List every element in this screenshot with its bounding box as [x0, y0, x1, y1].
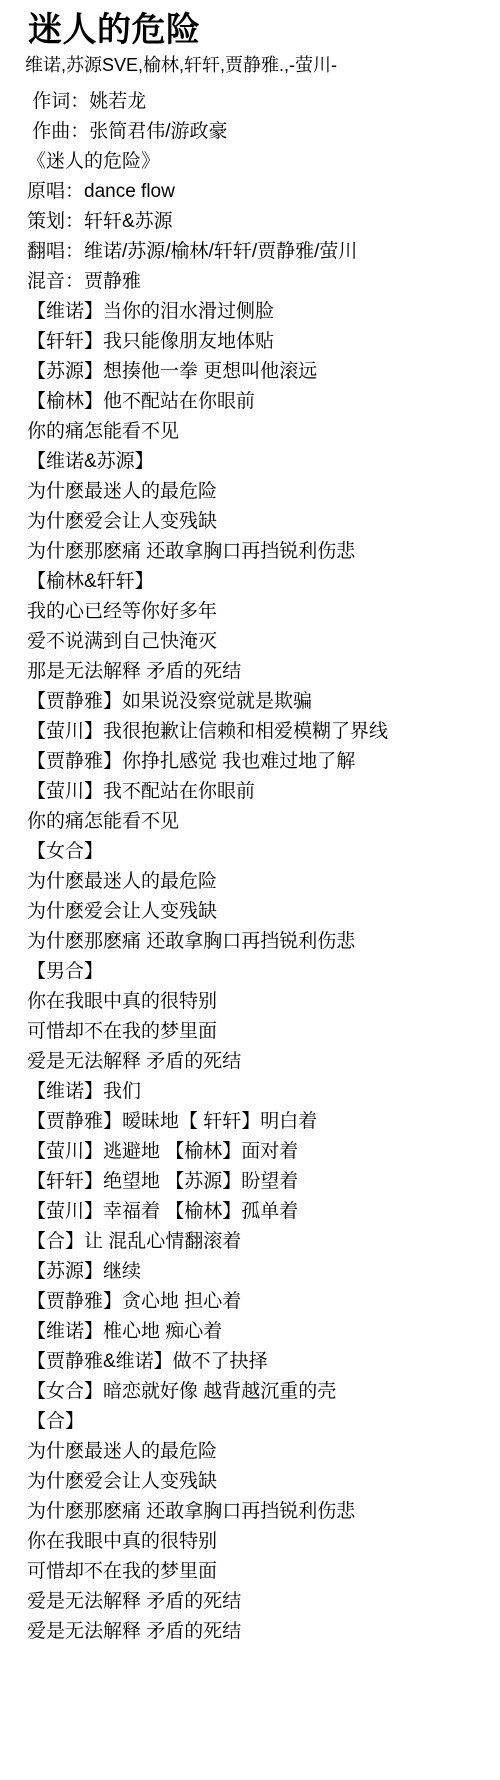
lyric-line: 翻唱：维诺/苏源/榆林/轩轩/贾静雅/萤川 — [27, 237, 488, 267]
lyric-line: 为什麽爱会让人变残缺 — [27, 1467, 488, 1497]
lyric-line: 【榆林&轩轩】 — [27, 567, 488, 597]
lyric-line: 《迷人的危险》 — [27, 147, 488, 177]
lyric-line: 为什麽爱会让人变残缺 — [27, 897, 488, 927]
lyric-line: 那是无法解释 矛盾的死结 — [27, 657, 488, 687]
lyric-line: 为什麽最迷人的最危险 — [27, 477, 488, 507]
lyric-line: 为什麽那麽痛 还敢拿胸口再挡锐利伤悲 — [27, 537, 488, 567]
lyric-line: 【萤川】逃避地 【榆林】面对着 — [27, 1137, 488, 1167]
lyrics-body: 作词：姚若龙 作曲：张简君伟/游政豪《迷人的危险》原唱：dance flow策划… — [27, 87, 488, 1647]
lyric-line: 作曲：张简君伟/游政豪 — [27, 117, 488, 147]
lyric-line: 爱是无法解释 矛盾的死结 — [27, 1587, 488, 1617]
lyric-line: 为什麽爱会让人变残缺 — [27, 507, 488, 537]
lyrics-page: 迷人的危险 维诺,苏源SVE,榆林,轩轩,贾静雅.,-萤川- 作词：姚若龙 作曲… — [0, 0, 500, 1780]
lyric-line: 爱是无法解释 矛盾的死结 — [27, 1617, 488, 1647]
lyric-line: 【贾静雅&维诺】做不了抉择 — [27, 1347, 488, 1377]
song-title: 迷人的危险 — [28, 8, 488, 52]
lyric-line: 我的心已经等你好多年 — [27, 597, 488, 627]
lyric-line: 策划：轩轩&苏源 — [27, 207, 488, 237]
lyric-line: 爱不说满到自己快淹灭 — [27, 627, 488, 657]
lyric-line: 【男合】 — [27, 957, 488, 987]
lyric-line: 你的痛怎能看不见 — [27, 807, 488, 837]
lyric-line: 你在我眼中真的很特别 — [27, 987, 488, 1017]
lyric-line: 【女合】 — [27, 837, 488, 867]
lyric-line: 【贾静雅】暧昧地【 轩轩】明白着 — [27, 1107, 488, 1137]
lyric-line: 【萤川】我不配站在你眼前 — [27, 777, 488, 807]
lyric-line: 为什麽最迷人的最危险 — [27, 867, 488, 897]
lyric-line: 【合】 — [27, 1407, 488, 1437]
lyric-line: 【维诺&苏源】 — [27, 447, 488, 477]
lyric-line: 【萤川】我很抱歉让信赖和相爱模糊了界线 — [27, 717, 488, 747]
lyric-line: 【合】让 混乱心情翻滚着 — [27, 1227, 488, 1257]
lyric-line: 【维诺】椎心地 痴心着 — [27, 1317, 488, 1347]
lyric-line: 原唱：dance flow — [27, 177, 488, 207]
lyric-line: 为什麽那麽痛 还敢拿胸口再挡锐利伤悲 — [27, 1497, 488, 1527]
lyric-line: 为什麽那麽痛 还敢拿胸口再挡锐利伤悲 — [27, 927, 488, 957]
lyric-line: 【贾静雅】你挣扎感觉 我也难过地了解 — [27, 747, 488, 777]
lyric-line: 【贾静雅】贪心地 担心着 — [27, 1287, 488, 1317]
lyric-line: 【轩轩】我只能像朋友地体贴 — [27, 327, 488, 357]
artists-line: 维诺,苏源SVE,榆林,轩轩,贾静雅.,-萤川- — [25, 52, 488, 78]
lyric-line: 你的痛怎能看不见 — [27, 417, 488, 447]
lyric-line: 【贾静雅】如果说没察觉就是欺骗 — [27, 687, 488, 717]
lyric-line: 爱是无法解释 矛盾的死结 — [27, 1047, 488, 1077]
lyric-line: 可惜却不在我的梦里面 — [27, 1017, 488, 1047]
lyric-line: 你在我眼中真的很特别 — [27, 1527, 488, 1557]
lyric-line: 【榆林】他不配站在你眼前 — [27, 387, 488, 417]
lyric-line: 【维诺】当你的泪水滑过侧脸 — [27, 297, 488, 327]
lyric-line: 【女合】暗恋就好像 越背越沉重的壳 — [27, 1377, 488, 1407]
lyric-line: 【维诺】我们 — [27, 1077, 488, 1107]
lyric-line: 【轩轩】绝望地 【苏源】盼望着 — [27, 1167, 488, 1197]
lyric-line: 为什麽最迷人的最危险 — [27, 1437, 488, 1467]
lyric-line: 【苏源】想揍他一拳 更想叫他滚远 — [27, 357, 488, 387]
lyric-line: 可惜却不在我的梦里面 — [27, 1557, 488, 1587]
lyric-line: 【萤川】幸福着 【榆林】孤单着 — [27, 1197, 488, 1227]
lyric-line: 混音：贾静雅 — [27, 267, 488, 297]
lyric-line: 作词：姚若龙 — [27, 87, 488, 117]
lyric-line: 【苏源】继续 — [27, 1257, 488, 1287]
